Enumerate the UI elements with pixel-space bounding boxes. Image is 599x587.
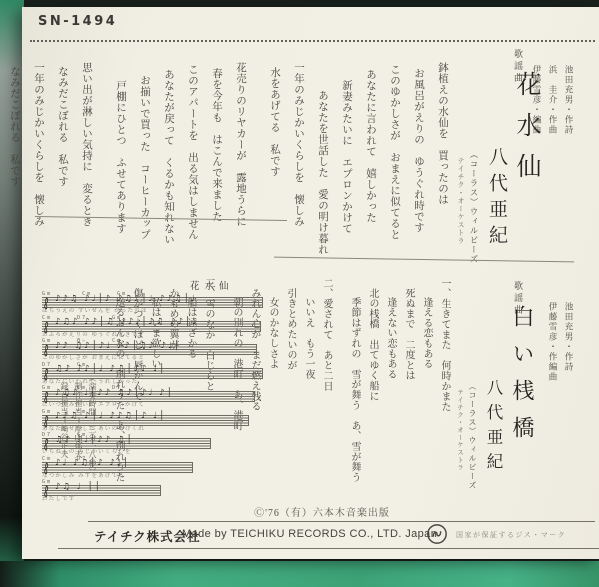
staff-row: Gm♪♫ ♩ ││わたしです	[42, 480, 160, 503]
song1-credits: 池田充男・作詩浜 圭介・作曲伊藤雪彦・編曲	[531, 65, 575, 135]
copyright-line: Ⓒ'76（有）六本木音楽出版	[212, 504, 432, 519]
staff-row: D7 Gm♫♪ ♪♪│♩ ♪♫│♪♪ ♩│あなたにいわれて うれしかった	[42, 363, 262, 386]
lyric-column: 水をあげてる 私です	[267, 67, 282, 177]
lyric-column: お揃いで買った コーヒーカップ	[137, 75, 152, 240]
lyric-column: 花売りのリヤカーが 露地うらに	[233, 62, 248, 227]
treble-clef-icon	[42, 436, 50, 451]
staff-lines: ♪♪♫ ♪♩│♪ ♪♫♪│♩ ♪♪♫│♩	[42, 297, 263, 308]
lyric-column: 鉢植えの水仙を 買ったのは	[435, 62, 450, 205]
credit-column: 伊藤雪彦・編曲	[531, 65, 543, 135]
made-by-line: Made by TEICHIKU RECORDS CO., LTD. Japan	[182, 528, 437, 540]
lyric-column: 二、愛されて あと二日	[319, 278, 334, 391]
staff-row: Gm Cm Gm♪♪♫ ♪♩│♪ ♪♫♪│♩ ♪♪♫│♩はちうえの すいせんを …	[42, 292, 262, 315]
song1-orchestra-credit: テイチク・オーケストラ	[456, 157, 466, 245]
song2-artist: 八代亜紀	[481, 379, 505, 477]
lyric-column: なみだこぼれる 私です	[55, 66, 70, 187]
lyric-column: あなたに言われて 嬉しかった	[363, 69, 378, 223]
lyric-column: 季節はずれの 雪が舞う あ、雪が舞う	[347, 297, 362, 482]
song2-credits: 池田充男・作詩伊藤雪彦・作編曲	[547, 302, 575, 382]
staff-notes: ♫♪ ♪♪│♩ ♪♫│♪♪ ♩│	[55, 364, 166, 374]
staff-notes: ♪♩ ♪♫│♪ ♪♩│	[55, 458, 130, 468]
credit-column: 浜 圭介・作曲	[547, 65, 559, 135]
staff-notes: ♪♪♫ ♪│♩ ♪♪♫│♪ ♩│	[55, 411, 166, 421]
credit-column: 伊藤雪彦・作編曲	[547, 302, 559, 382]
staff-lyric: いちねんの みじかいくらしを	[42, 449, 210, 456]
treble-clef-icon	[42, 295, 50, 310]
jis-mark-caption: 国家が保証するジス・マーク	[456, 530, 566, 540]
song2-title: 白い桟橋	[507, 305, 538, 453]
treble-clef-icon	[42, 483, 50, 498]
lyric-column: 引きとめたいのが	[283, 288, 298, 370]
lyric-column: お風呂がえりの ゆうぐれ時です	[411, 68, 426, 233]
staff-notes: ♫♪ ♪♩│♪♪ ♫│	[55, 435, 134, 445]
treble-clef-icon	[42, 413, 50, 428]
staff-lyric: このゆかしさが おまえににてると	[42, 355, 256, 362]
staff-row: Gm Cm D7♪♫♪ ♩│♪♪ ♫♪│♪♩ ♪│にいづまみたいに エプロンかけ…	[42, 386, 254, 409]
staff-row: Cm D7 Gm♪♫♪ ♪♪│♫ ♪♪♩│♪♫ ♪♪│♩おふろがえりの ゆうぐれ…	[42, 316, 260, 339]
staff-row: Gm B♭ Cm♪♪ ♫♪│♪♩ ♪♪│♫♪ ♪♩│このゆかしさが おまえににて…	[42, 339, 256, 362]
lyric-column: 一年のみじかいくらしを 懐しみ	[291, 62, 306, 227]
song1-artist: 八代亜紀	[483, 147, 510, 251]
footer-rule-bottom	[58, 548, 599, 549]
treble-clef-icon	[42, 460, 50, 475]
staff-lines: ♫♪ ♪♩│♪♪ ♫│	[42, 438, 211, 449]
song1-lyrics: 鉢植えの水仙を 買ったのはお風呂がえりの ゆうぐれ時ですこのゆかしさが おまえに…	[0, 62, 450, 255]
lyric-column: なみだこぼれる 私です	[7, 66, 22, 187]
catalog-number: SN-1494	[38, 14, 117, 29]
sheet-music-title: 花水仙	[190, 278, 234, 292]
staff-notes: ♪♫ ♩ ││	[55, 482, 102, 492]
staff-lines: ♪♫♪ ♩│♪♪ ♫♪│♪♩ ♪│	[42, 391, 255, 402]
lyric-column: いいえ もう一夜	[301, 297, 316, 379]
staff-lines: ♪♪♫ ♪│♩ ♪♪♫│♪ ♩│	[42, 415, 249, 426]
lyric-column: 戸棚にひとつ ふせてあります	[113, 80, 128, 234]
staff-lyric: わたしです	[42, 496, 160, 503]
staff-notes: ♪♪ ♫♪│♪♩ ♪♪│♫♪ ♪♩│	[55, 341, 181, 351]
section-divider-right	[274, 257, 574, 263]
staff-row: Gm Cm♪♪♫ ♪│♩ ♪♪♫│♪ ♩│あなたをせわした あいのあけくれ	[42, 410, 248, 433]
staff-row: D7 Gm♫♪ ♪♩│♪♪ ♫│いちねんの みじかいくらしを	[42, 433, 210, 456]
song2-chorus-credit: （コーラス）ウィルビーズ	[467, 382, 478, 490]
staff-notes: ♪♪♫ ♪♩│♪ ♪♫♪│♩ ♪♪♫│♩	[55, 294, 197, 304]
staff-lines: ♪♪ ♫♪│♪♩ ♪♪│♫♪ ♪♩│	[42, 344, 257, 355]
lyric-column: あなたを世話した 愛の明け暮れ	[315, 90, 330, 255]
lyric-column: 一年のみじかいくらしを 懐しみ	[31, 62, 46, 227]
photo-of-record-sleeve: SN-1494 歌謡曲 花水仙 池田充男・作詩浜 圭介・作曲伊藤雪彦・編曲 八代…	[0, 0, 599, 587]
lyric-column: このゆかしさが おまえに似てると	[387, 64, 402, 240]
lyric-column: 思い出が淋しい気持に 変るとき	[79, 62, 94, 227]
staff-lyric: はちうえの すいせんを かったのは	[42, 308, 262, 315]
credit-column: 池田充男・作詩	[563, 65, 575, 135]
credit-column: 池田充男・作詩	[563, 302, 575, 372]
song1-chorus-credit: （コーラス）ウィルビーズ	[468, 150, 480, 264]
staff-lines: ♪♩ ♪♫│♪ ♪♩│	[42, 462, 193, 473]
lyric-column: 新妻みたいに エプロンかけて	[339, 80, 354, 234]
lyric-column: 逢える恋もある	[419, 297, 434, 369]
treble-clef-icon	[42, 389, 50, 404]
staff-notes: ♪♫♪ ♩│♪♪ ♫♪│♪♩ ♪│	[55, 388, 174, 398]
staff-lyric: なつかしみ みずをあげてる	[42, 473, 192, 480]
lyric-column: 春を今年も はこんで来ました	[209, 68, 224, 222]
staff-lines: ♪♫♪ ♪♪│♫ ♪♪♩│♪♫ ♪♪│♩	[42, 321, 261, 332]
staff-lines: ♫♪ ♪♪│♩ ♪♫│♪♪ ♩│	[42, 368, 263, 379]
treble-clef-icon	[42, 366, 50, 381]
lyric-column: 一、生きてまた 何時かまた	[437, 278, 452, 412]
treble-clef-icon	[42, 319, 50, 334]
lyric-column: 逢えない恋もある	[383, 297, 398, 379]
staff-notes: ♪♫♪ ♪♪│♫ ♪♪♩│♪♫ ♪♪│♩	[55, 317, 198, 327]
lyric-column: 死ぬまで 二度とは	[401, 288, 416, 381]
staff-lines: ♪♫ ♩ ││	[42, 485, 161, 496]
record-sleeve-back: SN-1494 歌謡曲 花水仙 池田充男・作詩浜 圭介・作曲伊藤雪彦・編曲 八代…	[22, 7, 599, 559]
sheet-music: Gm Cm Gm♪♪♫ ♪♩│♪ ♪♫♪│♩ ♪♪♫│♩はちうえの すいせんを …	[42, 292, 262, 504]
song2-orchestra-credit: テイチク・オーケストラ	[455, 389, 464, 472]
background-bottom-edge	[0, 561, 599, 587]
staff-lyric: にいづまみたいに エプロンかけて	[42, 402, 254, 409]
treble-clef-icon	[42, 342, 50, 357]
staff-row: Cm D7♪♩ ♪♫│♪ ♪♩│なつかしみ みずをあげてる	[42, 457, 192, 480]
lyric-column: 北の桟橋 出てゆく船に	[365, 288, 380, 401]
dotted-rule	[30, 40, 595, 42]
lyric-column: 女のかなしさよ	[265, 297, 280, 369]
lyric-column: このアパートを 出る気はしません	[185, 64, 200, 240]
jis-mark-icon	[426, 523, 448, 545]
footer-rule-top	[88, 521, 595, 522]
